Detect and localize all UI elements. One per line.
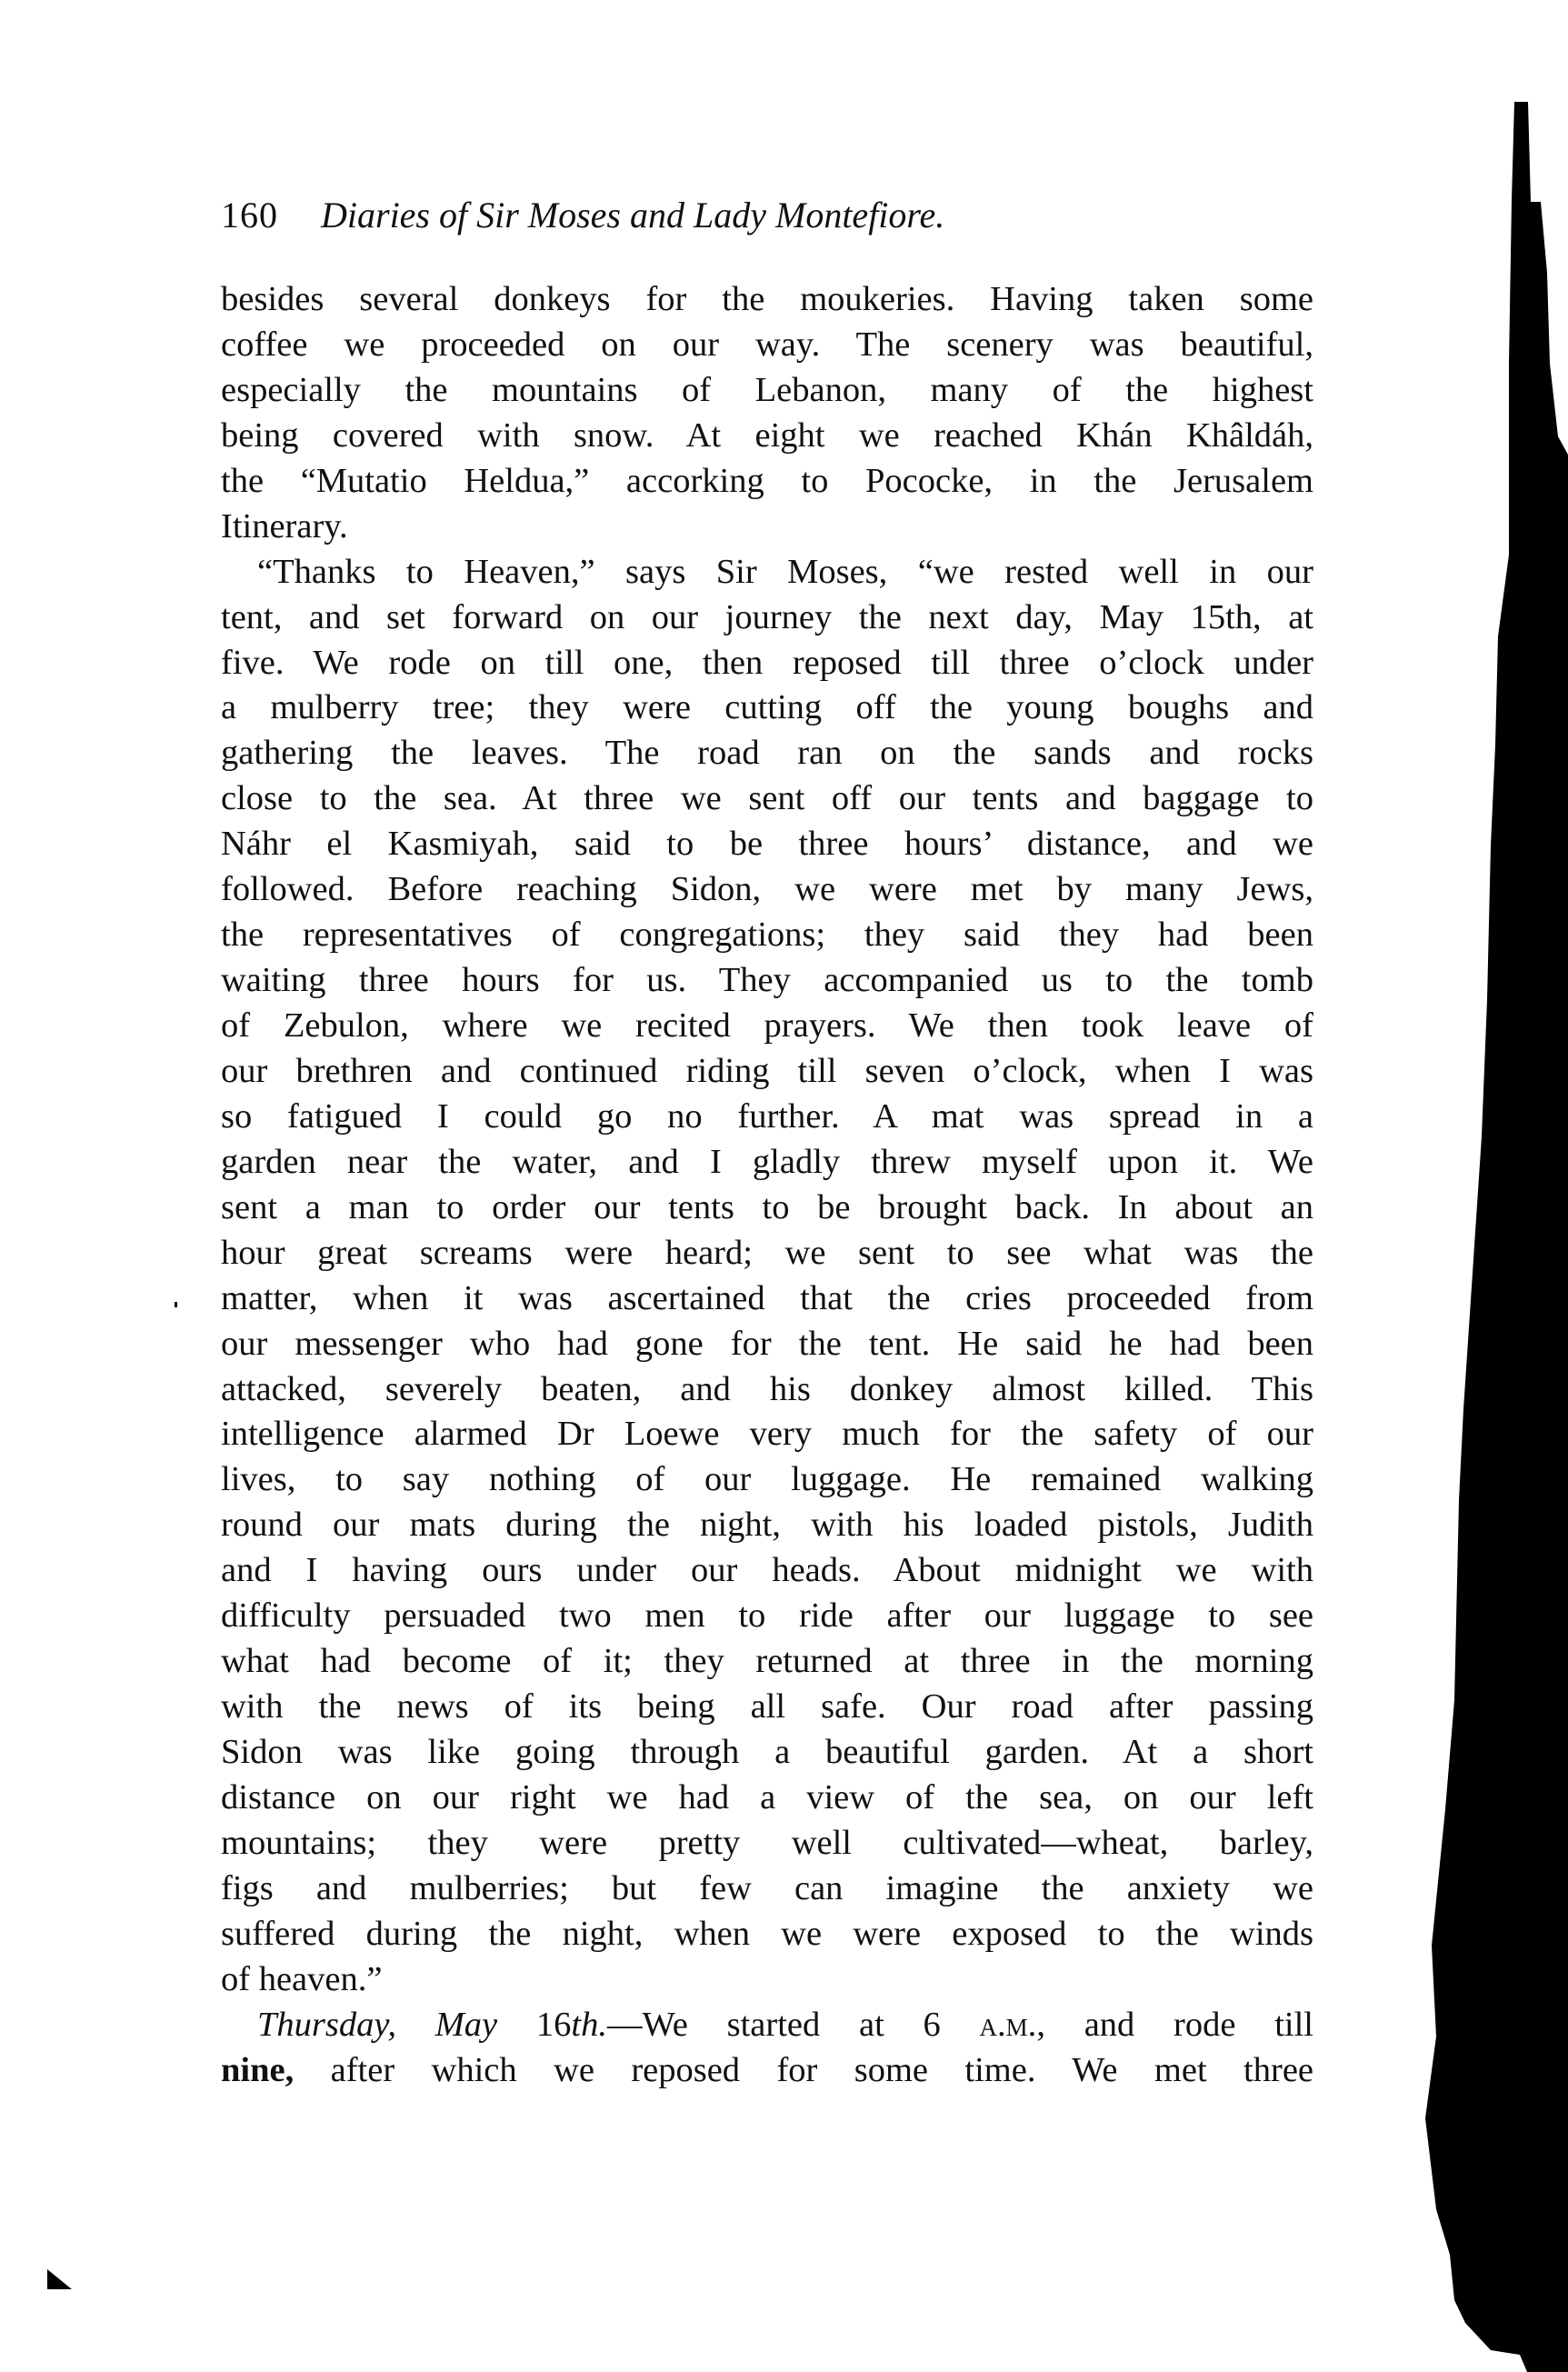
text-line: of heaven.” — [221, 1957, 1313, 2003]
text-line: the “Mutatio Heldua,” accorking to Pococ… — [221, 459, 1313, 505]
text-line: followed. Before reaching Sidon, we were… — [221, 867, 1313, 913]
text-line: round our mats during the night, with hi… — [221, 1503, 1313, 1548]
body-text: besides several donkeys for the moukerie… — [221, 277, 1313, 2094]
text-line: lives, to say nothing of our luggage. He… — [221, 1457, 1313, 1503]
running-header: 160 Diaries of Sir Moses and Lady Montef… — [221, 193, 1221, 238]
entry-day: Thursday, — [257, 2006, 396, 2044]
entry-time: a.m. — [980, 2006, 1037, 2044]
text-line: five. We rode on till one, then reposed … — [221, 641, 1313, 686]
text-line-rest: after which we reposed for some time. We… — [294, 2051, 1313, 2089]
text-line: our messenger who had gone for the tent.… — [221, 1322, 1313, 1367]
dated-entry-line: Thursday, May 16th.—We started at 6 a.m.… — [221, 2003, 1313, 2048]
text-line: the representatives of congregations; th… — [221, 913, 1313, 958]
running-title: Diaries of Sir Moses and Lady Montefiore… — [321, 195, 944, 235]
text-line: besides several donkeys for the moukerie… — [221, 277, 1313, 323]
text-line: Sidon was like going through a beautiful… — [221, 1730, 1313, 1776]
text-line: mountains; they were pretty well cultiva… — [221, 1821, 1313, 1867]
text-line: with the news of its being all safe. Our… — [221, 1685, 1313, 1730]
entry-date-suffix: th. — [571, 2006, 607, 2044]
entry-text: , and rode till — [1036, 2006, 1313, 2044]
text-line: difficulty persuaded two men to ride aft… — [221, 1594, 1313, 1639]
text-line: especially the mountains of Lebanon, man… — [221, 368, 1313, 414]
text-line: attacked, severely beaten, and his donke… — [221, 1367, 1313, 1413]
text-line: Itinerary. — [221, 505, 1313, 550]
text-line: figs and mulberries; but few can imagine… — [221, 1867, 1313, 1912]
text-line: waiting three hours for us. They accompa… — [221, 958, 1313, 1004]
text-line: so fatigued I could go no further. A mat… — [221, 1095, 1313, 1140]
bold-word: nine, — [221, 2051, 294, 2089]
text-line: our brethren and continued riding till s… — [221, 1049, 1313, 1095]
text-line: matter, when it was ascertained that the… — [221, 1276, 1313, 1322]
text-line: tent, and set forward on our journey the… — [221, 596, 1313, 641]
text-line: and I having ours under our heads. About… — [221, 1548, 1313, 1594]
text-line: intelligence alarmed Dr Loewe very much … — [221, 1412, 1313, 1457]
entry-text: —We started at 6 — [607, 2006, 980, 2044]
text-line: Náhr el Kasmiyah, said to be three hours… — [221, 822, 1313, 867]
text-line: what had become of it; they returned at … — [221, 1639, 1313, 1685]
text-line: garden near the water, and I gladly thre… — [221, 1140, 1313, 1186]
page-number: 160 — [221, 193, 312, 238]
text-line: hour great screams were heard; we sent t… — [221, 1231, 1313, 1276]
text-line: coffee we proceeded on our way. The scen… — [221, 323, 1313, 368]
text-line: suffered during the night, when we were … — [221, 1912, 1313, 1957]
text-line: close to the sea. At three we sent off o… — [221, 776, 1313, 822]
text-line: sent a man to order our tents to be brou… — [221, 1186, 1313, 1231]
text-line: nine, after which we reposed for some ti… — [221, 2048, 1313, 2094]
corner-arrow-mark — [47, 2269, 72, 2289]
text-line: a mulberry tree; they were cutting off t… — [221, 686, 1313, 731]
entry-date-number: 16 — [536, 2006, 572, 2044]
scan-speck — [175, 1302, 177, 1307]
text-line: gathering the leaves. The road ran on th… — [221, 731, 1313, 776]
text-line: distance on our right we had a view of t… — [221, 1776, 1313, 1821]
page-edge-shadow — [1425, 102, 1568, 2372]
text-line: of Zebulon, where we recited prayers. We… — [221, 1004, 1313, 1049]
entry-month: May — [435, 2006, 497, 2044]
text-line: “Thanks to Heaven,” says Sir Moses, “we … — [221, 550, 1313, 596]
text-line: being covered with snow. At eight we rea… — [221, 414, 1313, 459]
